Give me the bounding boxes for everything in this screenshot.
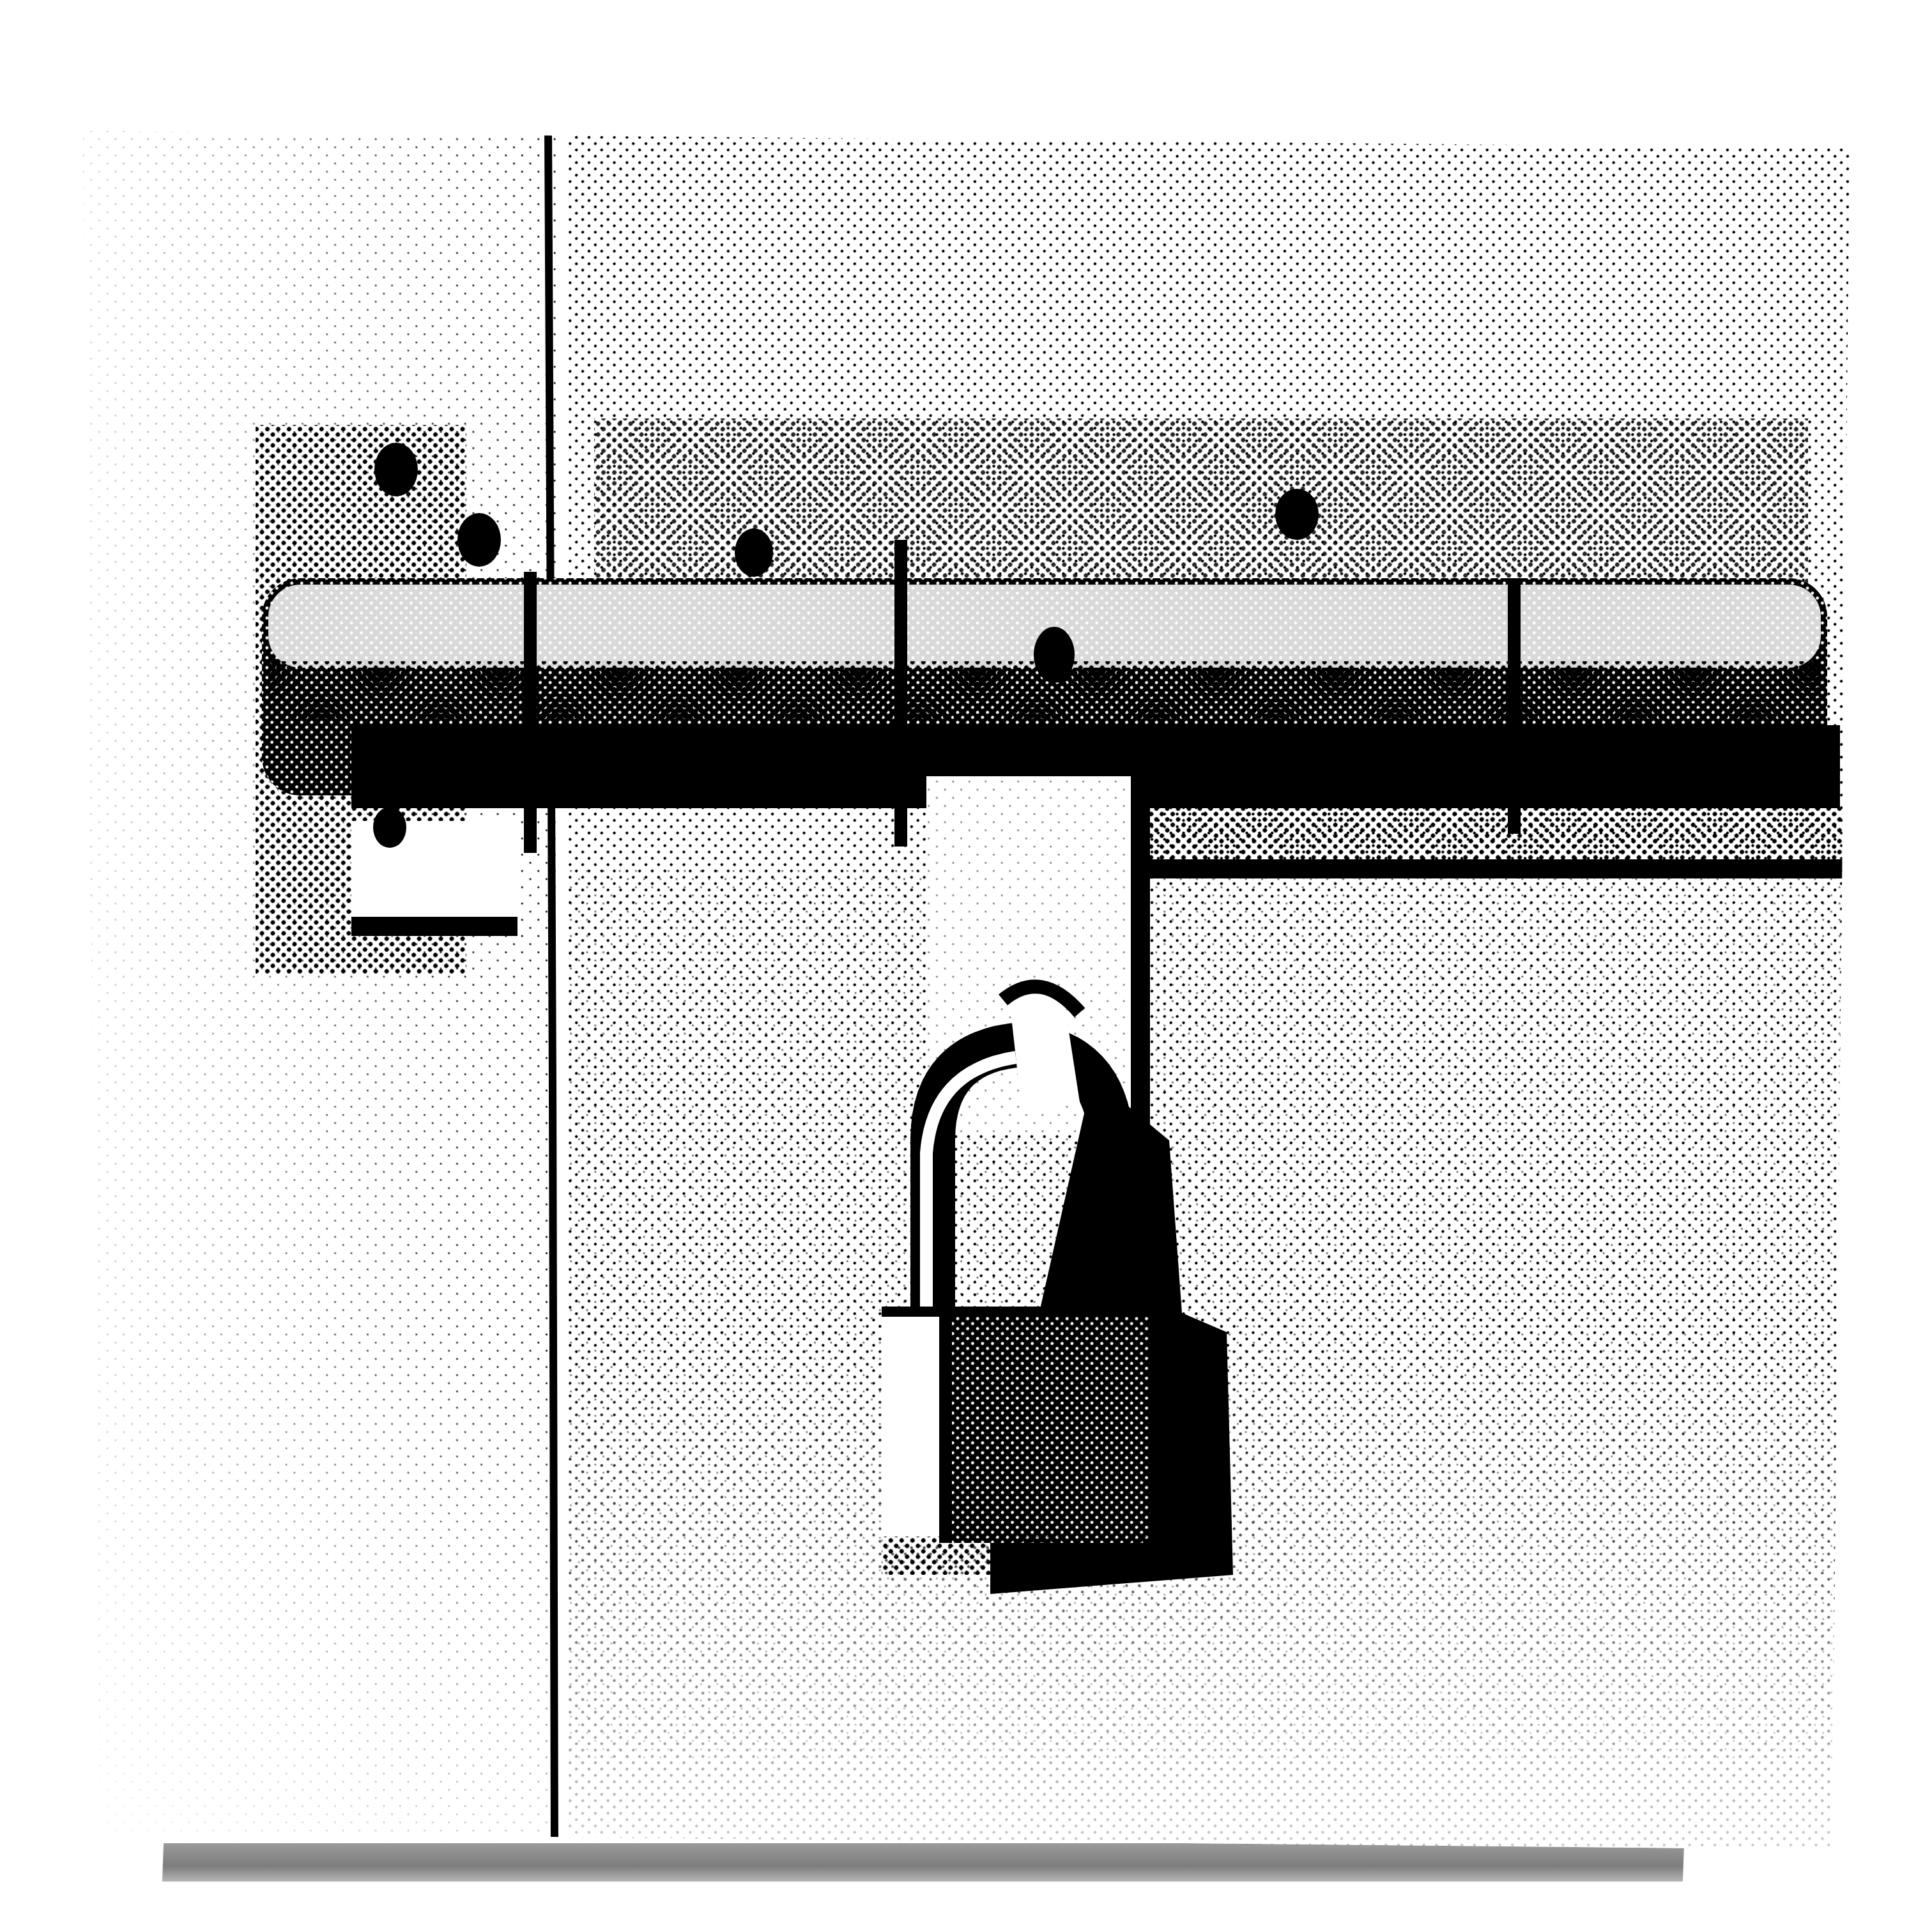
bolt-guide-right xyxy=(1508,578,1521,834)
halftone-canvas-print xyxy=(83,131,1850,1850)
artwork-image xyxy=(83,131,1850,1850)
bolt-guide-middle xyxy=(894,540,907,847)
bolt-lower-plate xyxy=(1131,808,1846,859)
canvas-bottom-edge xyxy=(162,1843,1684,1882)
bolt-guide-left xyxy=(524,572,537,853)
